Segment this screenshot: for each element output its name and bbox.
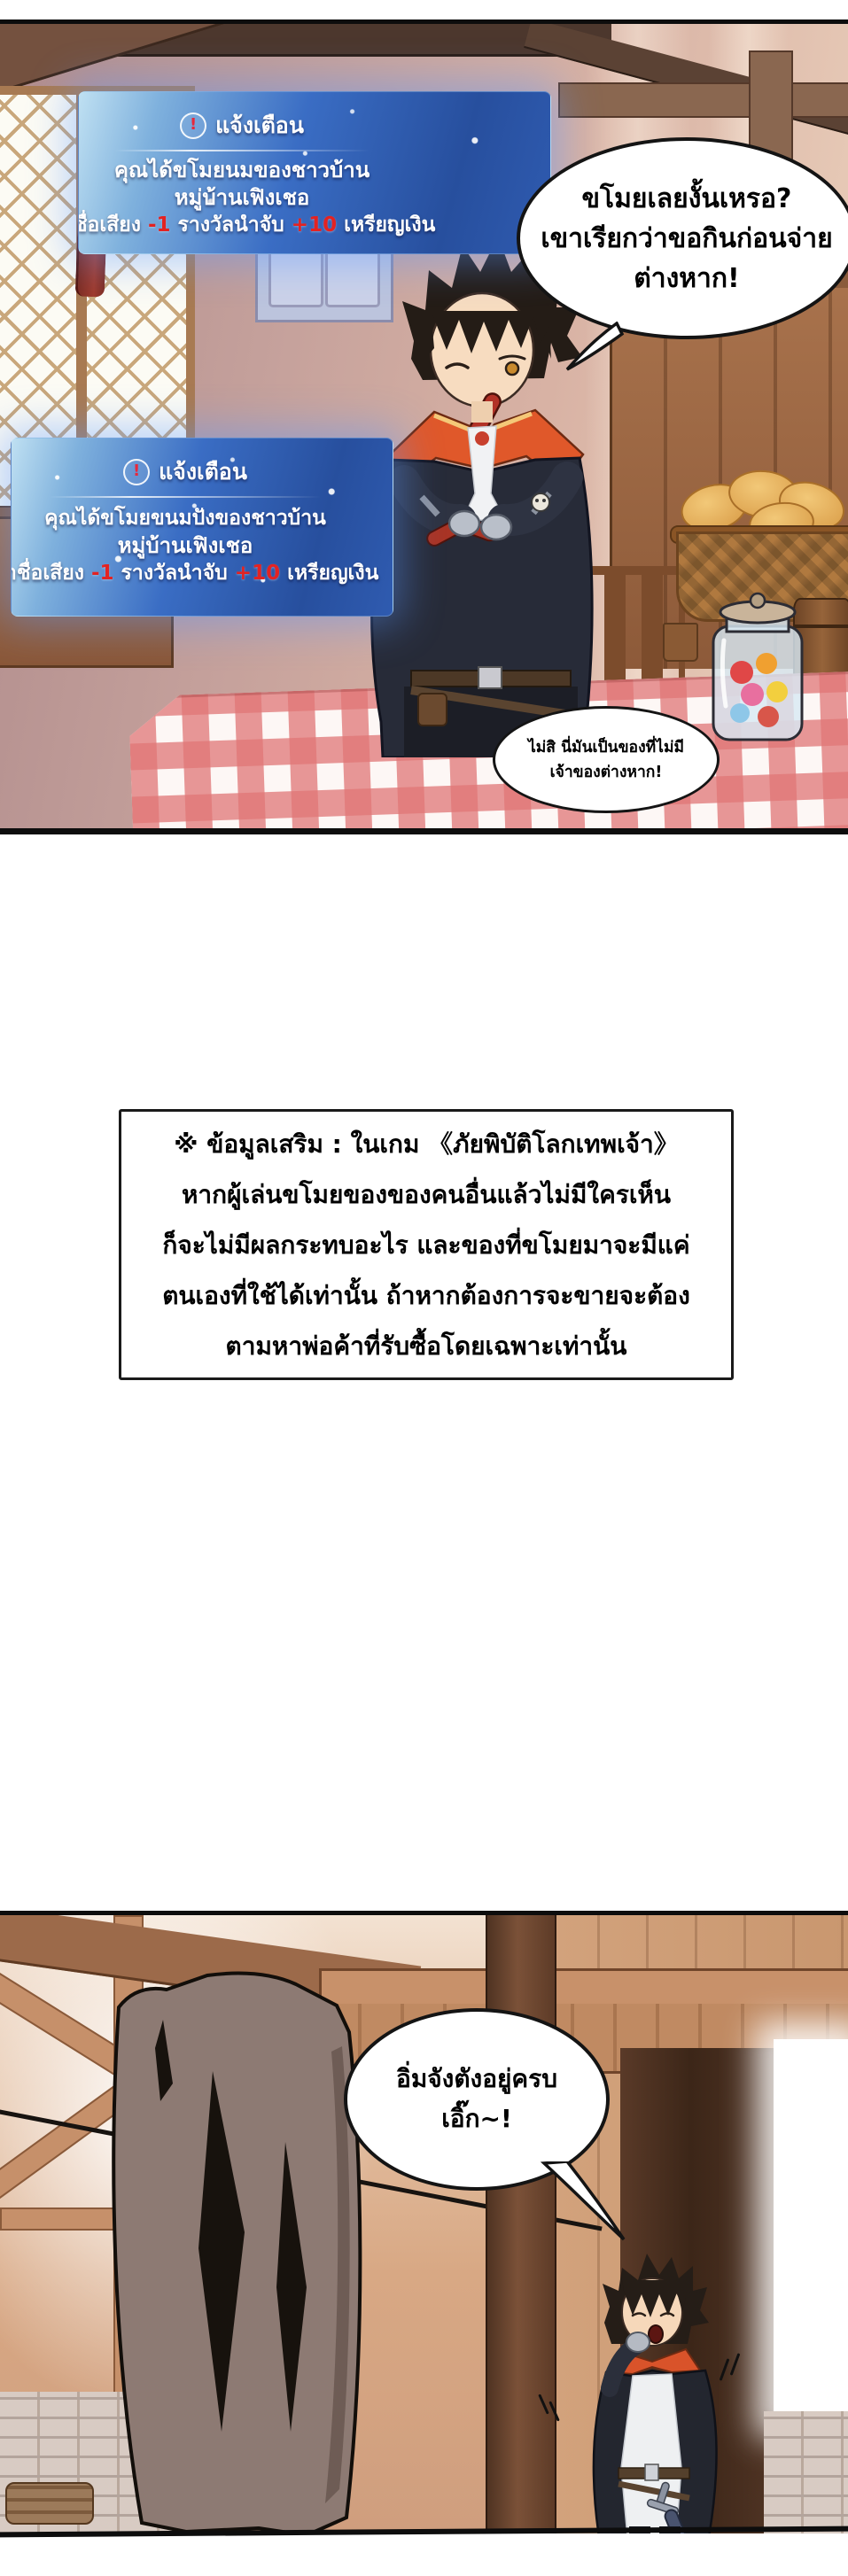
- panel-street-scene: อิ่มจังตังอยู่ครบ เอิ๊ก~!: [0, 1915, 848, 2533]
- speech-bubble-tail: [564, 322, 629, 373]
- wall-beam-horizontal: [558, 82, 848, 118]
- speech-line: ต่างหาก!: [634, 259, 739, 299]
- panel1-border-bottom: [0, 828, 848, 834]
- speech-bubble-steal: ขโมยเลยงั้นเหรอ? เขาเรียกว่าขอกินก่อนจ่า…: [517, 137, 848, 339]
- brick-wall-right: [764, 2411, 848, 2533]
- reputation-penalty: -1: [91, 562, 114, 585]
- info-line: ก็จะไม่มีผลกระทบอะไร และของที่ขโมยมาจะมี…: [162, 1220, 689, 1270]
- speech-bubble-tail: [537, 2161, 629, 2243]
- speech-line: เอิ๊ก~!: [441, 2099, 512, 2139]
- notification-line1: คุณได้ขโมยขนมปังของชาวบ้าน: [44, 505, 326, 532]
- info-line: หากผู้เล่นขโมยของของคนอื่นแล้วไม่มีใครเห…: [182, 1169, 671, 1220]
- hanging-cloak: [78, 1967, 397, 2533]
- game-notification-2: ! แจ้งเตือน คุณได้ขโมยขนมปังของชาวบ้าน ห…: [11, 438, 393, 617]
- speech-line: เขาเรียกว่าขอกินก่อนจ่าย: [541, 219, 832, 259]
- notification-header: ! แจ้งเตือน: [123, 454, 247, 490]
- notification-content: ! แจ้งเตือน คุณได้ขโมยขนมปังของชาวบ้าน ห…: [12, 438, 359, 616]
- exclamation-icon: !: [123, 459, 150, 485]
- notification-line2: หมู่บ้านเฟิงเชอ: [175, 184, 310, 212]
- notification-header: ! แจ้งเตือน: [180, 108, 304, 144]
- panel2-border-top: [0, 1911, 848, 1915]
- info-line: ตามหาพ่อค้าที่รับซื้อโดยเฉพาะเท่านั้น: [226, 1321, 627, 1371]
- notification-line3: ค่าชื่อเสียง -1 รางวัลนำจับ +10 เหรียญเง…: [78, 212, 435, 239]
- info-line: ตนเองที่ใช้ได้เท่านั้น ถ้าหากต้องการจะขา…: [162, 1270, 690, 1321]
- speech-bubble-no-owner: ไม่สิ นี่มันเป็นของที่ไม่มี เจ้าของต่างห…: [493, 706, 720, 813]
- manga-page: ! แจ้งเตือน คุณได้ขโมยนมของชาวบ้าน หมู่บ…: [0, 0, 848, 2576]
- protagonist-full: [556, 2245, 738, 2533]
- reputation-penalty: -1: [148, 213, 171, 237]
- speech-line: ไม่สิ นี่มันเป็นของที่ไม่มี: [528, 735, 684, 760]
- speech-line: อิ่มจังตังอยู่ครบ: [396, 2060, 557, 2099]
- notification-divider: [50, 496, 321, 498]
- notification-title: แจ้งเตือน: [159, 454, 247, 490]
- notification-line3: ค่าชื่อเสียง -1 รางวัลนำจับ +10 เหรียญเง…: [11, 560, 378, 587]
- wooden-cup: [663, 623, 698, 662]
- exclamation-icon: !: [180, 113, 206, 139]
- notification-title: แจ้งเตือน: [215, 108, 304, 144]
- game-notification-1: ! แจ้งเตือน คุณได้ขโมยนมของชาวบ้าน หมู่บ…: [78, 91, 551, 254]
- bright-window: [774, 2039, 848, 2420]
- info-line: ※ ข้อมูลเสริม : ในเกม 《ภัยพิบัติโลกเทพเจ…: [174, 1119, 679, 1169]
- panel-kitchen-scene: ! แจ้งเตือน คุณได้ขโมยนมของชาวบ้าน หมู่บ…: [0, 24, 848, 828]
- notification-divider: [114, 150, 369, 151]
- bounty-reward: +10: [235, 562, 280, 585]
- bounty-reward: +10: [292, 213, 337, 237]
- game-info-note: ※ ข้อมูลเสริม : ในเกม 《ภัยพิบัติโลกเทพเจ…: [119, 1109, 734, 1380]
- notification-content: ! แจ้งเตือน คุณได้ขโมยนมของชาวบ้าน หมู่บ…: [79, 92, 405, 253]
- notification-line1: คุณได้ขโมยนมของชาวบ้าน: [114, 157, 370, 184]
- panel1-border-top: [0, 19, 848, 24]
- speech-line: เจ้าของต่างหาก!: [550, 760, 663, 785]
- candy-jar: [703, 591, 813, 747]
- notification-line2: หมู่บ้านเฟิงเชอ: [118, 532, 253, 560]
- speech-line: ขโมยเลยงั้นเหรอ?: [582, 179, 792, 219]
